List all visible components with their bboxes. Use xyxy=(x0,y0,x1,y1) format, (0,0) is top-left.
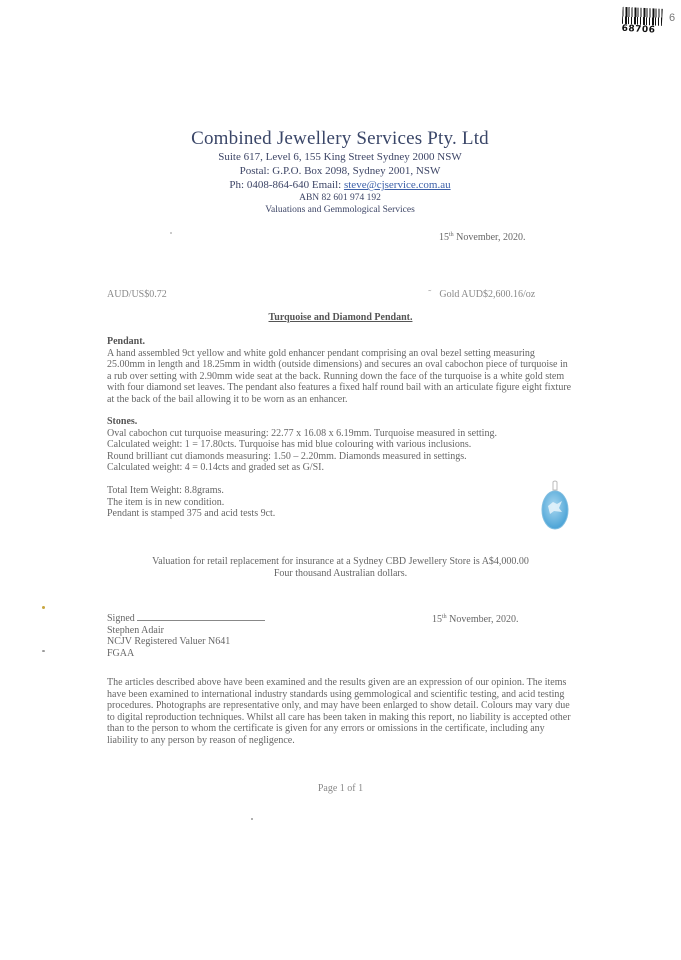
stones-line: Calculated weight: 4 = 0.14cts and grade… xyxy=(107,462,572,474)
valuation-statement: Valuation for retail replacement for ins… xyxy=(0,556,681,580)
scan-speck xyxy=(42,650,45,652)
exchange-rate: AUD/US$0.72 xyxy=(107,289,167,300)
phone-text: Ph: 0408-864-640 Email: xyxy=(229,179,344,191)
condition: The item is in new condition. xyxy=(107,497,572,509)
signature-field xyxy=(137,620,265,621)
street-address: Suite 617, Level 6, 155 King Street Sydn… xyxy=(150,150,530,164)
pendant-description: A hand assembled 9ct yellow and white go… xyxy=(107,348,572,406)
contact-line: Ph: 0408-864-640 Email: steve@cjservice.… xyxy=(150,178,530,192)
item-title: Turquoise and Diamond Pendant. xyxy=(0,312,681,323)
abn: ABN 82 601 974 192 xyxy=(150,192,530,204)
stones-line: Round brilliant cut diamonds measuring: … xyxy=(107,451,572,463)
signoff-date: 15th November, 2020. xyxy=(432,614,518,625)
scan-speck xyxy=(251,818,253,820)
handwritten-page-mark: 6 xyxy=(669,12,675,24)
stones-line: Oval cabochon cut turquoise measuring: 2… xyxy=(107,428,572,440)
stones-section: Stones. Oval cabochon cut turquoise meas… xyxy=(107,416,572,474)
barcode-number: 68706 xyxy=(621,24,667,36)
stones-heading: Stones. xyxy=(107,416,572,428)
pendant-section: Pendant. A hand assembled 9ct yellow and… xyxy=(107,336,572,405)
valuer-qualification: FGAA xyxy=(107,648,265,660)
pendant-photo xyxy=(540,480,570,532)
postal-address: Postal: G.P.O. Box 2098, Sydney 2001, NS… xyxy=(150,164,530,178)
report-date: 15th November, 2020. xyxy=(439,232,525,243)
gold-price: ˜Gold AUD$2,600.16/oz xyxy=(428,289,535,300)
barcode-label: 68706 xyxy=(621,7,668,37)
disclaimer: The articles described above have been e… xyxy=(107,677,572,747)
summary-section: Total Item Weight: 8.8grams. The item is… xyxy=(107,485,572,520)
scan-speck xyxy=(42,606,45,609)
email-link[interactable]: steve@cjservice.com.au xyxy=(344,179,451,191)
valuation-amount: Valuation for retail replacement for ins… xyxy=(0,556,681,568)
bullet-mark: ˜ xyxy=(428,289,431,300)
barcode-bars xyxy=(622,7,663,26)
page-number: Page 1 of 1 xyxy=(0,783,681,794)
pendant-heading: Pendant. xyxy=(107,336,572,348)
total-weight: Total Item Weight: 8.8grams. xyxy=(107,485,572,497)
valuer-registration: NCJV Registered Valuer N641 xyxy=(107,636,265,648)
stamp-info: Pendant is stamped 375 and acid tests 9c… xyxy=(107,508,572,520)
scan-speck xyxy=(170,232,172,234)
valuation-words: Four thousand Australian dollars. xyxy=(0,568,681,580)
signoff-block: Signed Stephen Adair NCJV Registered Val… xyxy=(107,613,265,659)
stones-line: Calculated weight: 1 = 17.80cts. Turquoi… xyxy=(107,439,572,451)
company-name: Combined Jewellery Services Pty. Ltd xyxy=(150,128,530,150)
signature-line: Signed xyxy=(107,613,265,625)
tagline: Valuations and Gemmological Services xyxy=(150,204,530,216)
valuer-name: Stephen Adair xyxy=(107,625,265,637)
turquoise-pendant-image xyxy=(540,480,570,532)
letterhead: Combined Jewellery Services Pty. Ltd Sui… xyxy=(150,128,530,216)
